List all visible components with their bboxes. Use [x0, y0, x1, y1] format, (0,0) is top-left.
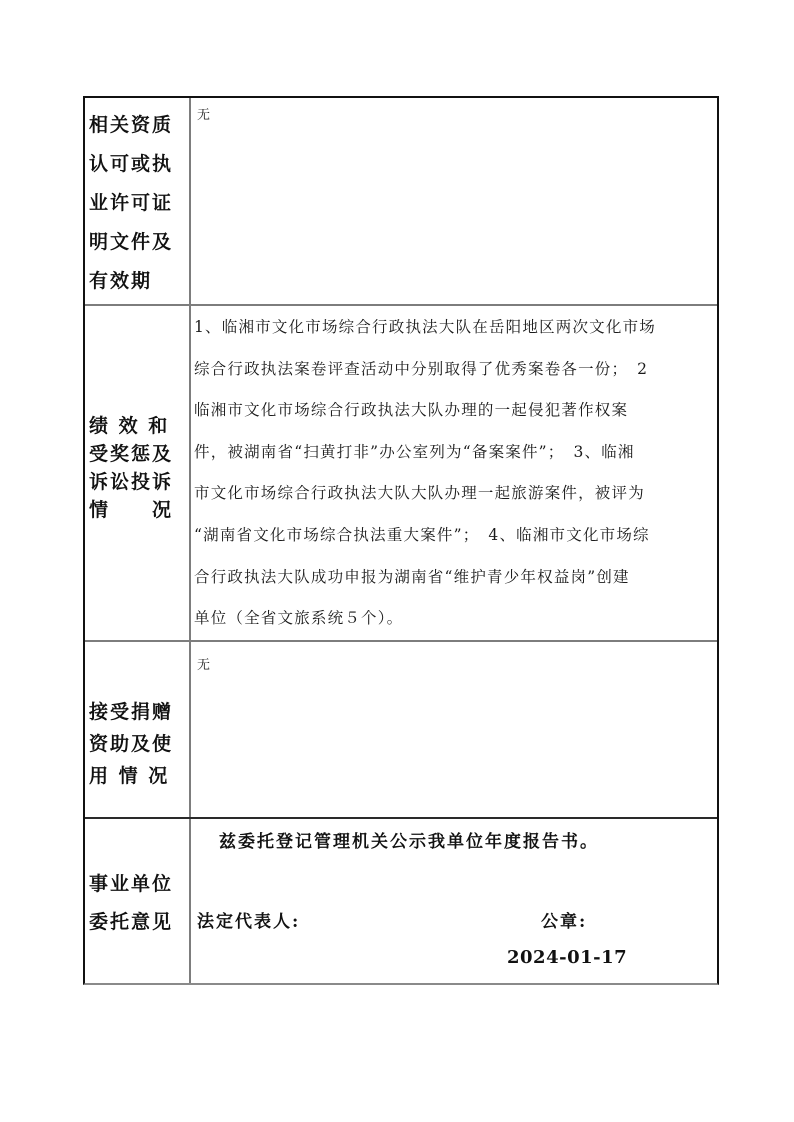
label-line: 委托意见: [89, 903, 187, 941]
label-line: 认可或执: [89, 145, 187, 184]
text-line: 市文化市场综合行政执法大队大队办理一起旅游案件，被评为: [194, 473, 709, 515]
label-line: 诉讼投诉: [89, 468, 187, 496]
report-date: 2024-01-17: [507, 947, 627, 968]
label-performance-awards: 绩 效 和 受奖惩及 诉讼投诉 情 况: [89, 412, 187, 524]
row-entrustment: 事业单位 委托意见 兹委托登记管理机关公示我单位年度报告书。 法定代表人: 公章…: [85, 819, 717, 985]
text-line: 综合行政执法案卷评查活动中分别取得了优秀案卷各一份； 2: [194, 349, 709, 391]
annual-report-table: 相关资质 认可或执 业许可证 明文件及 有效期 无 绩 效 和 受奖惩及 诉讼投…: [83, 96, 719, 985]
entrustment-statement: 兹委托登记管理机关公示我单位年度报告书。: [219, 827, 599, 852]
label-line: 相关资质: [89, 106, 187, 145]
text-line: 临湘市文化市场综合行政执法大队办理的一起侵犯著作权案: [194, 390, 709, 432]
label-line: 事业单位: [89, 865, 187, 903]
label-line: 明文件及: [89, 223, 187, 262]
label-line: 受奖惩及: [89, 440, 187, 468]
document-page: 相关资质 认可或执 业许可证 明文件及 有效期 无 绩 效 和 受奖惩及 诉讼投…: [0, 0, 794, 1122]
text-line: 单位（全省文旅系统５个）。: [194, 598, 709, 640]
text-line: 件，被湖南省“扫黄打非”办公室列为“备案案件”； 3、临湘: [194, 432, 709, 474]
label-donations: 接受捐赠 资助及使 用 情 况: [89, 696, 187, 792]
label-line: 用 情 况: [89, 760, 187, 792]
label-line: 业许可证: [89, 184, 187, 223]
text-line: 1、临湘市文化市场综合行政执法大队在岳阳地区两次文化市场: [194, 307, 709, 349]
row-donations: 接受捐赠 资助及使 用 情 况 无: [85, 642, 717, 817]
label-line: 情 况: [89, 496, 187, 524]
performance-awards-text: 1、临湘市文化市场综合行政执法大队在岳阳地区两次文化市场 综合行政执法案卷评查活…: [194, 307, 709, 640]
label-line: 有效期: [89, 262, 187, 301]
qualifications-value: 无: [197, 104, 709, 123]
official-seal-label: 公章:: [541, 907, 587, 932]
donations-value: 无: [197, 654, 709, 673]
row-qualifications: 相关资质 认可或执 业许可证 明文件及 有效期 无: [85, 98, 717, 304]
text-line: 合行政执法大队成功申报为湖南省“维护青少年权益岗”创建: [194, 557, 709, 599]
label-line: 资助及使: [89, 728, 187, 760]
label-line: 绩 效 和: [89, 412, 187, 440]
row-performance-awards: 绩 效 和 受奖惩及 诉讼投诉 情 况 1、临湘市文化市场综合行政执法大队在岳阳…: [85, 306, 717, 640]
text-line: “湖南省文化市场综合执法重大案件”； 4、临湘市文化市场综: [194, 515, 709, 557]
label-line: 接受捐赠: [89, 696, 187, 728]
legal-representative-label: 法定代表人:: [197, 907, 300, 932]
label-entrustment: 事业单位 委托意见: [89, 865, 187, 941]
label-qualifications: 相关资质 认可或执 业许可证 明文件及 有效期: [89, 106, 187, 301]
